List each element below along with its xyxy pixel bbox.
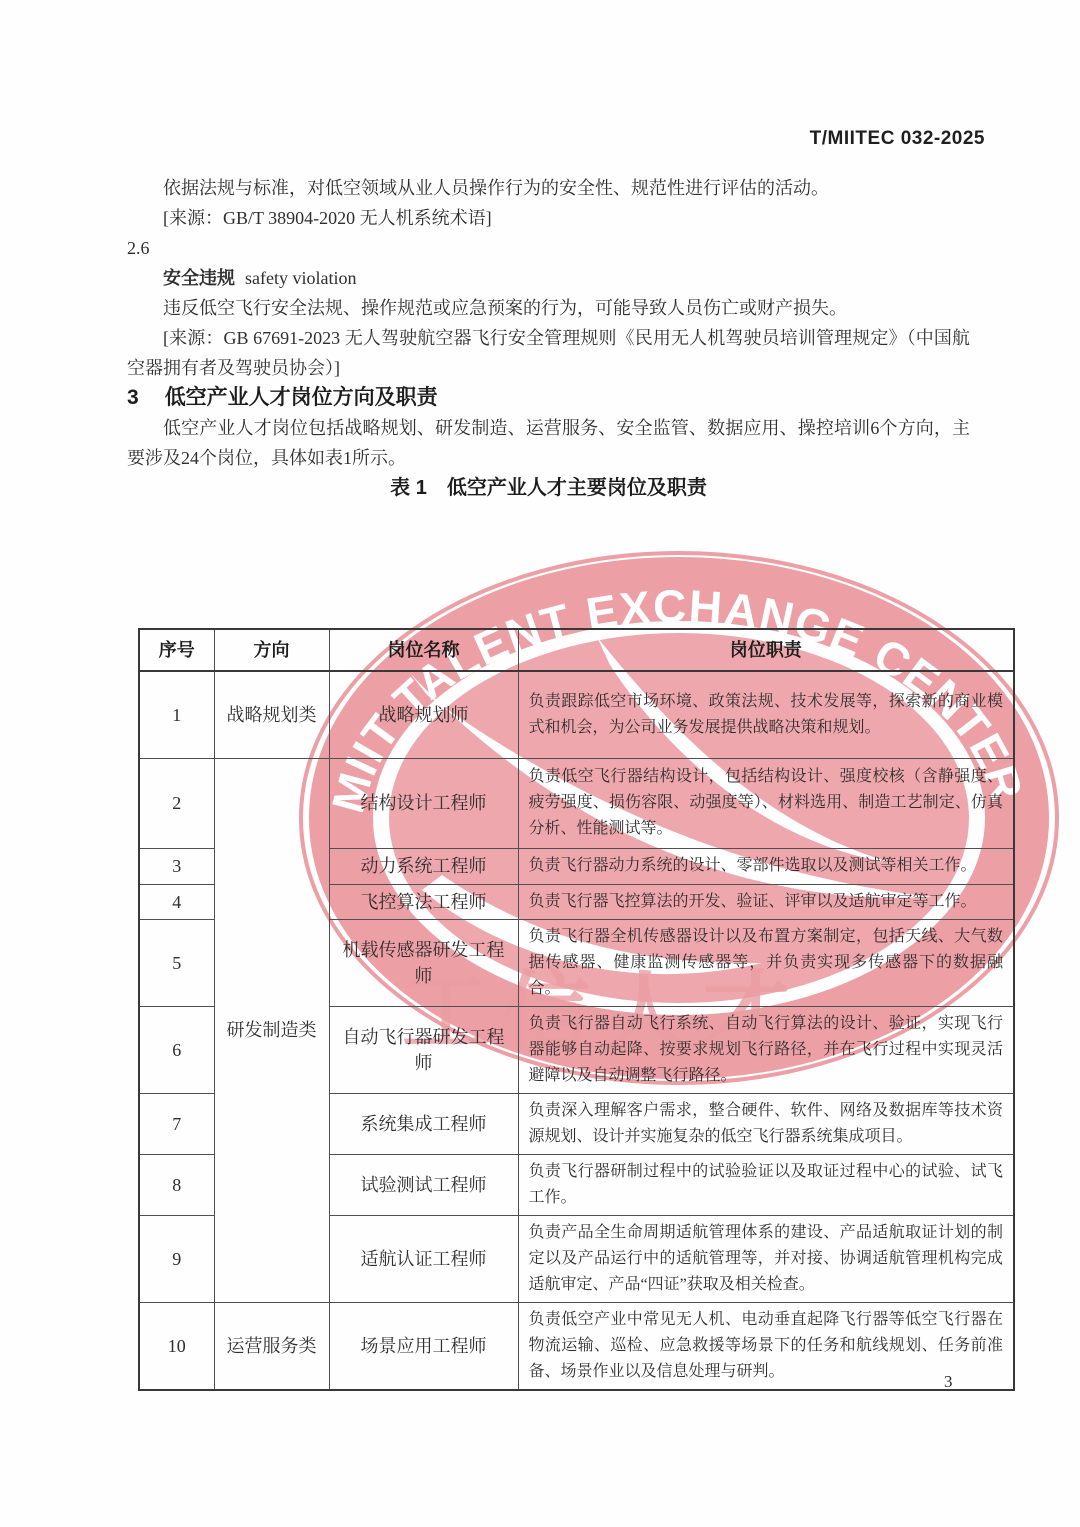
column-header: 岗位职责 [518,629,1014,671]
cell-direction: 战略规划类 [214,671,329,758]
cell-position-name: 试验测试工程师 [329,1154,518,1215]
cell-serial-number: 10 [139,1302,214,1390]
cell-direction: 运营服务类 [214,1302,329,1390]
column-header: 方向 [214,629,329,671]
cell-serial-number: 1 [139,671,214,758]
table-header-row: 序号方向岗位名称岗位职责 [139,629,1014,671]
cell-direction: 研发制造类 [214,758,329,1302]
cell-position-duty: 负责跟踪低空市场环境、政策法规、技术发展等，探索新的商业模式和机会，为公司业务发… [518,671,1014,758]
cell-position-duty: 负责飞行器研制过程中的试验验证以及取证过程中心的试验、试飞工作。 [518,1154,1014,1215]
body-text-column: 依据法规与标准，对低空领域从业人员操作行为的安全性、规范性进行评估的活动。 [来… [127,173,970,503]
section-title: 低空产业人才岗位方向及职责 [165,386,438,409]
table-row: 10运营服务类场景应用工程师负责低空产业中常见无人机、电动垂直起降飞行器等低空飞… [139,1302,1014,1390]
cell-position-name: 动力系统工程师 [329,848,518,884]
document-page: MIIT TALENT EXCHANGE CENTER 工信人才 T/MIITE… [0,0,1080,1527]
cell-serial-number: 3 [139,848,214,884]
cell-serial-number: 4 [139,884,214,919]
table-caption: 表 1 低空产业人才主要岗位及职责 [127,473,970,503]
cell-position-duty: 负责产品全生命周期适航管理体系的建设、产品适航取证计划的制定以及产品运行中的适航… [518,1215,1014,1302]
cell-position-duty: 负责低空产业中常见无人机、电动垂直起降飞行器等低空飞行器在物流运输、巡检、应急救… [518,1302,1014,1390]
cell-position-name: 场景应用工程师 [329,1302,518,1390]
standard-code: T/MIITEC 032-2025 [810,128,985,150]
term-chinese: 安全违规 [163,268,235,288]
cell-position-duty: 负责低空飞行器结构设计，包括结构设计、强度校核（含静强度、疲劳强度、损伤容限、动… [518,758,1014,848]
cell-position-name: 飞控算法工程师 [329,884,518,919]
table-row: 2研发制造类结构设计工程师负责低空飞行器结构设计，包括结构设计、强度校核（含静强… [139,758,1014,848]
section-number: 3 [127,386,139,409]
source-note-2: [来源：GB 67691-2023 无人驾驶航空器飞行安全管理规则《民用无人机驾… [127,323,970,383]
cell-position-duty: 负责飞行器全机传感器设计以及布置方案制定，包括天线、大气数据传感器、健康监测传感… [518,919,1014,1006]
cell-position-duty: 负责飞行器自动飞行系统、自动飞行算法的设计、验证，实现飞行器能够自动起降、按要求… [518,1006,1014,1093]
cell-position-name: 结构设计工程师 [329,758,518,848]
cell-position-name: 机载传感器研发工程师 [329,919,518,1006]
term-english: safety violation [245,268,356,288]
source-note-1: [来源：GB/T 38904-2020 无人机系统术语] [127,203,970,233]
page-number: 3 [944,1372,953,1392]
cell-position-duty: 负责深入理解客户需求，整合硬件、软件、网络及数据库等技术资源规划、设计并实施复杂… [518,1093,1014,1154]
table-body: 1战略规划类战略规划师负责跟踪低空市场环境、政策法规、技术发展等，探索新的商业模… [139,671,1014,1390]
section-heading: 3低空产业人才岗位方向及职责 [127,383,970,413]
column-header: 序号 [139,629,214,671]
cell-serial-number: 7 [139,1093,214,1154]
term-line: 安全违规safety violation [127,263,970,293]
clause-number: 2.6 [127,233,970,263]
cell-position-name: 适航认证工程师 [329,1215,518,1302]
definition-violation-text: 违反低空飞行安全法规、操作规范或应急预案的行为，可能导致人员伤亡或财产损失。 [127,293,970,323]
section-paragraph: 低空产业人才岗位包括战略规划、研发制造、运营服务、安全监管、数据应用、操控培训6… [127,413,970,473]
cell-serial-number: 9 [139,1215,214,1302]
cell-position-duty: 负责飞行器动力系统的设计、零部件选取以及测试等相关工作。 [518,848,1014,884]
positions-table-container: 序号方向岗位名称岗位职责 1战略规划类战略规划师负责跟踪低空市场环境、政策法规、… [138,628,1015,1391]
cell-serial-number: 2 [139,758,214,848]
cell-position-name: 系统集成工程师 [329,1093,518,1154]
column-header: 岗位名称 [329,629,518,671]
cell-serial-number: 8 [139,1154,214,1215]
cell-position-duty: 负责飞行器飞控算法的开发、验证、评审以及适航审定等工作。 [518,884,1014,919]
definition-activity-text: 依据法规与标准，对低空领域从业人员操作行为的安全性、规范性进行评估的活动。 [127,173,970,203]
positions-table: 序号方向岗位名称岗位职责 1战略规划类战略规划师负责跟踪低空市场环境、政策法规、… [138,628,1015,1391]
cell-position-name: 自动飞行器研发工程师 [329,1006,518,1093]
cell-position-name: 战略规划师 [329,671,518,758]
cell-serial-number: 6 [139,1006,214,1093]
cell-serial-number: 5 [139,919,214,1006]
table-row: 1战略规划类战略规划师负责跟踪低空市场环境、政策法规、技术发展等，探索新的商业模… [139,671,1014,758]
